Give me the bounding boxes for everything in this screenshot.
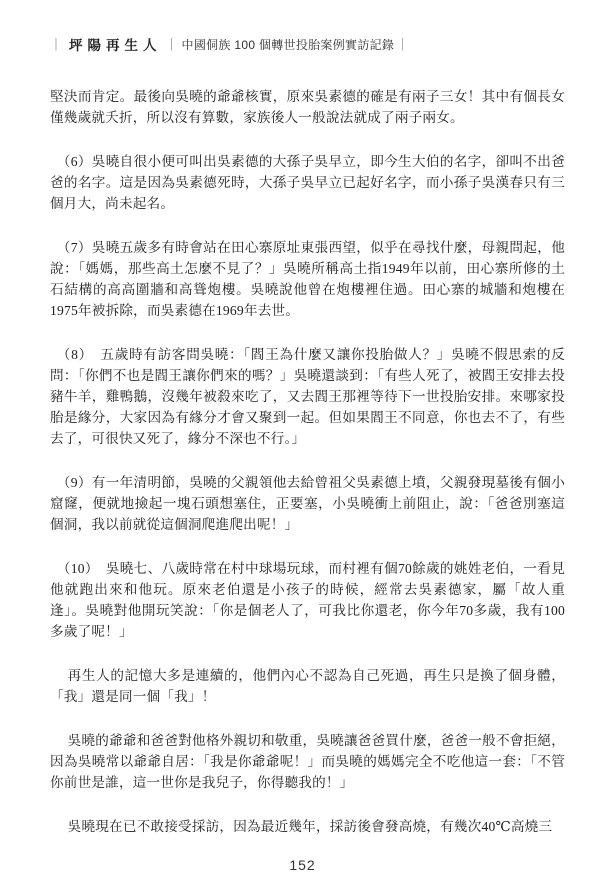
paragraph: 吳曉現在已不敢接受採訪，因為最近幾年，採訪後會發高燒，有幾次40℃高燒三 (50, 816, 565, 837)
paragraph: （6）吳曉自很小便可叫出吳素德的大孫子吳早立，即今生大伯的名字，卻叫不出爸爸的名… (50, 151, 565, 214)
book-title: 坪陽再生人 (69, 34, 162, 54)
page-footer: 152 (0, 857, 605, 875)
running-header: ｜ 坪陽再生人 ｜ 中國侗族 100 個轉世投胎案例實訪記錄 ｜ (50, 35, 408, 53)
paragraph: 堅決而肯定。最後向吳曉的爺爺核實，原來吳素德的確是有兩子三女！其中有個長女僅幾歲… (50, 86, 565, 128)
header-divider-middle: ｜ (166, 35, 178, 53)
paragraph: 吳曉的爺爺和爸爸對他格外親切和敬重，吳曉讓爸爸買什麼，爸爸一般不會拒絕，因為吳曉… (50, 730, 565, 793)
paragraph: （9）有一年清明節，吳曉的父親領他去給曾祖父吳素德上墳，父親發現墓後有個小窟窿，… (50, 472, 565, 535)
paragraph: （7）吳曉五歲多有時會站在田心寨原址東張西望，似乎在尋找什麼，母親問起，他說：「… (50, 237, 565, 321)
book-subtitle: 中國侗族 100 個轉世投胎案例實訪記錄 (182, 36, 395, 53)
page-number: 152 (289, 857, 315, 873)
page-body: 堅決而肯定。最後向吳曉的爺爺核實，原來吳素德的確是有兩子三女！其中有個長女僅幾歲… (50, 86, 565, 837)
header-divider-right: ｜ (396, 35, 408, 53)
book-page: ｜ 坪陽再生人 ｜ 中國侗族 100 個轉世投胎案例實訪記錄 ｜ 堅決而肯定。最… (0, 0, 605, 896)
paragraph: （10） 吳曉七、八歲時常在村中球場玩球，而村裡有個70餘歲的姚姓老伯，一看見他… (50, 558, 565, 642)
paragraph: 再生人的記憶大多是連續的，他們內心不認為自己死過，再生只是換了個身體，「我」還是… (50, 665, 565, 707)
header-divider-left: ｜ (50, 35, 62, 53)
paragraph: （8） 五歲時有訪客問吳曉：「閻王為什麼又讓你投胎做人？」吳曉不假思索的反問：「… (50, 344, 565, 449)
